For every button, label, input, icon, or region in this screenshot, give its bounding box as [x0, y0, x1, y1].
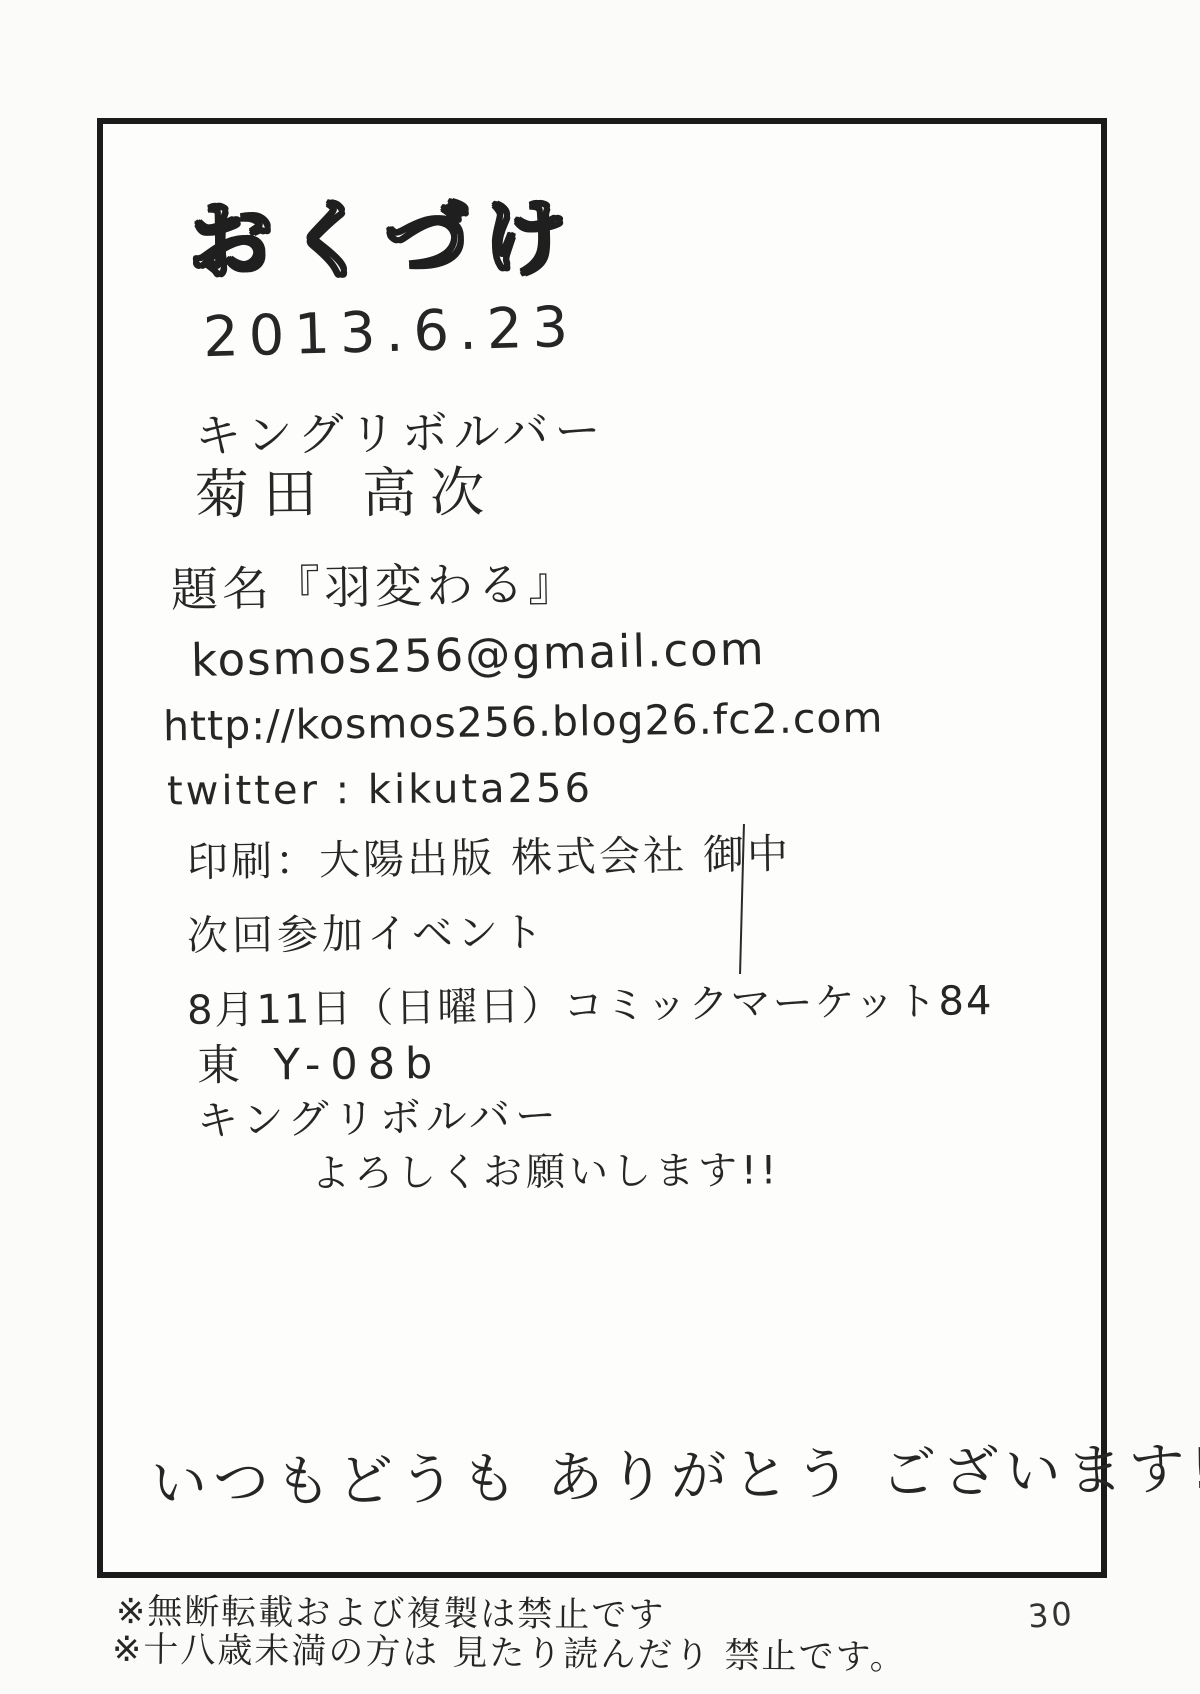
author-name: 菊田 高次 [195, 463, 499, 525]
twitter-handle: twitter : kikuta256 [167, 767, 593, 814]
thanks-message: いつもどうも ありがとう ございます!! [151, 1438, 1200, 1515]
event-date: 8月11日（日曜日）コミックマーケット84 [187, 979, 994, 1033]
page-number: 30 [1027, 1594, 1076, 1635]
next-event-heading: 次回参加イベント [187, 910, 547, 959]
border-frame: おくづけ 2013.6.23 キングリボルバー 菊田 高次 題名『羽変わる』 k… [97, 118, 1107, 1578]
website-url: http://kosmos256.blog26.fc2.com [163, 696, 884, 750]
circle-name: キングリボルバー [195, 405, 607, 461]
page-title: おくづけ [189, 192, 582, 288]
request-message: よろしくお願いします!! [311, 1150, 781, 1196]
event-circle-name: キングリボルバー [197, 1093, 562, 1144]
booth-number: 東 Y-08b [197, 1041, 443, 1090]
notice-age-restriction: ※十八歳未満の方は 見たり読んだり 禁止です。 [112, 1622, 907, 1680]
publish-date: 2013.6.23 [202, 297, 579, 369]
colophon-page: おくづけ 2013.6.23 キングリボルバー 菊田 高次 題名『羽変わる』 k… [0, 0, 1200, 1694]
book-title: 題名『羽変わる』 [171, 559, 580, 617]
email-address: kosmos256@gmail.com [191, 624, 766, 686]
printer-credit: 印刷：大陽出版 株式会社 御中 [187, 832, 792, 886]
